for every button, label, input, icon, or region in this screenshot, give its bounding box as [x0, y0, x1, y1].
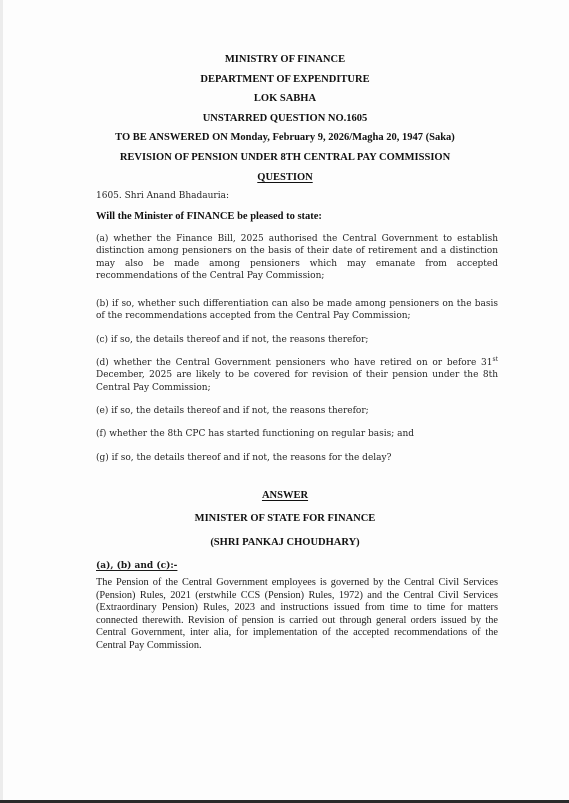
question-intro: Will the Minister of FINANCE be pleased …	[96, 211, 498, 223]
scan-edge-left	[0, 0, 3, 803]
minister-title: MINISTER OF STATE FOR FINANCE	[60, 513, 510, 524]
question-part-f: (f) whether the 8th CPC has started func…	[96, 428, 498, 440]
minister-name: (SHRI PANKAJ CHOUDHARY)	[60, 537, 510, 548]
department-name: DEPARTMENT OF EXPENDITURE	[60, 70, 510, 90]
question-part-b: (b) if so, whether such differentiation …	[96, 298, 498, 323]
document-header: MINISTRY OF FINANCE DEPARTMENT OF EXPEND…	[60, 50, 510, 188]
question-part-d: (d) whether the Central Government pensi…	[96, 357, 498, 394]
question-heading: QUESTION	[257, 172, 312, 183]
answer-body: The Pension of the Central Government em…	[96, 577, 498, 653]
house-name: LOK SABHA	[60, 89, 510, 109]
question-part-g: (g) if so, the details thereof and if no…	[96, 452, 498, 464]
answer-date: TO BE ANSWERED ON Monday, February 9, 20…	[60, 128, 510, 148]
answer-heading: ANSWER	[262, 490, 308, 501]
question-part-c: (c) if so, the details thereof and if no…	[96, 334, 498, 346]
document-page: MINISTRY OF FINANCE DEPARTMENT OF EXPEND…	[0, 0, 569, 803]
question-asker: 1605. Shri Anand Bhadauria:	[96, 190, 498, 202]
question-subject: REVISION OF PENSION UNDER 8TH CENTRAL PA…	[60, 148, 510, 168]
question-part-a: (a) whether the Finance Bill, 2025 autho…	[96, 233, 498, 282]
answer-parts-label: (a), (b) and (c):-	[96, 561, 177, 571]
ministry-name: MINISTRY OF FINANCE	[60, 50, 510, 70]
question-part-e: (e) if so, the details thereof and if no…	[96, 405, 498, 417]
question-number: UNSTARRED QUESTION NO.1605	[60, 109, 510, 129]
